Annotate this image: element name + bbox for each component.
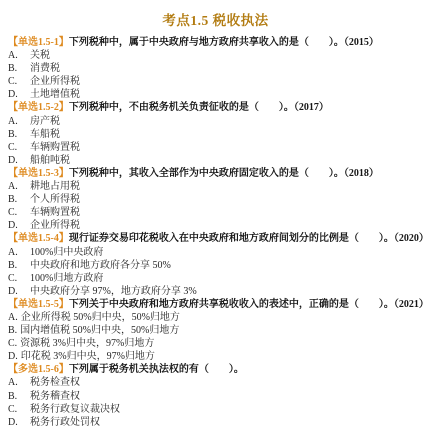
option-row: A.房产税 <box>8 115 428 128</box>
option-letter: D. <box>8 154 30 167</box>
option-letter: C. <box>8 272 30 285</box>
option-text: 印花税 3%归中央，97%归地方 <box>21 351 155 362</box>
option-text: 关税 <box>30 50 50 61</box>
question-stem: 【单选1.5-2】下列税种中，不由税务机关负责征收的是（ ）。（2017） <box>8 101 428 114</box>
option-row: C.企业所得税 <box>8 75 428 88</box>
option-letter: A. <box>8 376 30 389</box>
question-stem: 【单选1.5-5】下列关于中央政府和地方政府共享税收收入的表述中，正确的是（ ）… <box>8 298 428 311</box>
option-text: 税务稽查权 <box>30 391 80 402</box>
question-stem: 【单选1.5-1】下列税种中，属于中央政府与地方政府共享收入的是（ ）。（201… <box>8 36 428 49</box>
option-letter: A. <box>8 311 18 324</box>
option-letter: D. <box>8 416 30 429</box>
question-stem: 【单选1.5-4】现行证券交易印花税收入在中央政府和地方政府间划分的比例是（ ）… <box>8 232 428 245</box>
option-row: B.个人所得税 <box>8 193 428 206</box>
option-letter: A. <box>8 180 30 193</box>
question-tag: 【单选1.5-3】 <box>8 168 69 179</box>
option-row: C.100%归地方政府 <box>8 272 428 285</box>
question-tag: 【单选1.5-4】 <box>8 233 69 244</box>
question-tag: 【单选1.5-1】 <box>8 37 69 48</box>
option-row: D.税务行政处罚权 <box>8 416 428 429</box>
option-text: 税务行政复议裁决权 <box>30 404 120 415</box>
option-letter: A. <box>8 115 30 128</box>
option-row: B.中央政府和地方政府各分享 50% <box>8 259 428 272</box>
option-text: 100%归地方政府 <box>30 273 103 284</box>
option-row: B.车船税 <box>8 128 428 141</box>
option-text: 中央政府分享 97%，地方政府分享 3% <box>30 286 197 297</box>
option-letter: B. <box>8 128 30 141</box>
option-row: A.耕地占用税 <box>8 180 428 193</box>
option-letter: D. <box>8 88 30 101</box>
question-text: 下列属于税务机关执法权的有（ ）。 <box>69 364 244 375</box>
option-text: 车辆购置税 <box>30 207 80 218</box>
option-letter: C. <box>8 337 17 350</box>
option-letter: C. <box>8 403 30 416</box>
question-block: 【单选1.5-4】现行证券交易印花税收入在中央政府和地方政府间划分的比例是（ ）… <box>8 232 428 297</box>
option-text: 企业所得税 <box>30 220 80 231</box>
option-text: 100%归中央政府 <box>30 247 103 258</box>
option-row: A.税务检查权 <box>8 376 428 389</box>
option-row: A.100%归中央政府 <box>8 246 428 259</box>
option-text: 中央政府和地方政府各分享 50% <box>30 260 171 271</box>
question-block: 【单选1.5-1】下列税种中，属于中央政府与地方政府共享收入的是（ ）。（201… <box>8 36 428 101</box>
option-row: B.国内增值税 50%归中央，50%归地方 <box>8 324 428 337</box>
option-row: C.车辆购置税 <box>8 141 428 154</box>
option-letter: C. <box>8 75 30 88</box>
option-text: 耕地占用税 <box>30 181 80 192</box>
option-text: 企业所得税 <box>30 76 80 87</box>
option-letter: C. <box>8 141 30 154</box>
question-block: 【单选1.5-5】下列关于中央政府和地方政府共享税收收入的表述中，正确的是（ ）… <box>8 298 428 363</box>
question-text: 下列税种中，属于中央政府与地方政府共享收入的是（ ）。（2015） <box>69 37 379 48</box>
question-block: 【单选1.5-2】下列税种中，不由税务机关负责征收的是（ ）。（2017）A.房… <box>8 101 428 166</box>
question-stem: 【单选1.5-3】下列税种中，其收入全部作为中央政府固定收入的是（ ）。（201… <box>8 167 428 180</box>
option-letter: B. <box>8 259 30 272</box>
option-row: C.车辆购置税 <box>8 206 428 219</box>
option-row: C.税务行政复议裁决权 <box>8 403 428 416</box>
option-text: 税务行政处罚权 <box>30 417 100 428</box>
option-letter: C. <box>8 206 30 219</box>
option-text: 企业所得税 50%归中央，50%归地方 <box>21 312 180 323</box>
option-letter: B. <box>8 324 17 337</box>
option-letter: B. <box>8 390 30 403</box>
option-text: 国内增值税 50%归中央，50%归地方 <box>20 325 179 336</box>
question-tag: 【多选1.5-6】 <box>8 364 69 375</box>
option-row: D.企业所得税 <box>8 219 428 232</box>
exam-document: 考点1.5 税收执法 【单选1.5-1】下列税种中，属于中央政府与地方政府共享收… <box>0 9 431 429</box>
option-letter: D. <box>8 350 18 363</box>
option-letter: D. <box>8 285 30 298</box>
option-row: D.印花税 3%归中央，97%归地方 <box>8 350 428 363</box>
option-text: 个人所得税 <box>30 194 80 205</box>
option-text: 车船税 <box>30 129 60 140</box>
option-row: D.土地增值税 <box>8 88 428 101</box>
option-text: 消费税 <box>30 63 60 74</box>
question-tag: 【单选1.5-2】 <box>8 102 69 113</box>
question-stem: 【多选1.5-6】下列属于税务机关执法权的有（ ）。 <box>8 363 428 376</box>
option-row: A.关税 <box>8 49 428 62</box>
option-letter: D. <box>8 219 30 232</box>
option-text: 车辆购置税 <box>30 142 80 153</box>
option-letter: A. <box>8 49 30 62</box>
option-row: A.企业所得税 50%归中央，50%归地方 <box>8 311 428 324</box>
option-row: D.船舶吨税 <box>8 154 428 167</box>
option-text: 房产税 <box>30 116 60 127</box>
page-title: 考点1.5 税收执法 <box>0 9 431 29</box>
question-text: 下列关于中央政府和地方政府共享税收收入的表述中，正确的是（ ）。（2021） <box>69 299 429 310</box>
option-letter: B. <box>8 193 30 206</box>
option-row: B.消费税 <box>8 62 428 75</box>
question-block: 【单选1.5-3】下列税种中，其收入全部作为中央政府固定收入的是（ ）。（201… <box>8 167 428 232</box>
question-list: 【单选1.5-1】下列税种中，属于中央政府与地方政府共享收入的是（ ）。（201… <box>0 36 431 429</box>
question-text: 下列税种中，不由税务机关负责征收的是（ ）。（2017） <box>69 102 329 113</box>
option-row: D.中央政府分享 97%，地方政府分享 3% <box>8 285 428 298</box>
option-letter: A. <box>8 246 30 259</box>
option-text: 土地增值税 <box>30 89 80 100</box>
option-row: C.资源税 3%归中央，97%归地方 <box>8 337 428 350</box>
question-text: 现行证券交易印花税收入在中央政府和地方政府间划分的比例是（ ）。（2020） <box>69 233 429 244</box>
question-text: 下列税种中，其收入全部作为中央政府固定收入的是（ ）。（2018） <box>69 168 379 179</box>
option-text: 资源税 3%归中央，97%归地方 <box>20 338 154 349</box>
option-row: B.税务稽查权 <box>8 390 428 403</box>
question-tag: 【单选1.5-5】 <box>8 299 69 310</box>
option-text: 船舶吨税 <box>30 155 70 166</box>
option-text: 税务检查权 <box>30 377 80 388</box>
question-block: 【多选1.5-6】下列属于税务机关执法权的有（ ）。A.税务检查权B.税务稽查权… <box>8 363 428 428</box>
option-letter: B. <box>8 62 30 75</box>
